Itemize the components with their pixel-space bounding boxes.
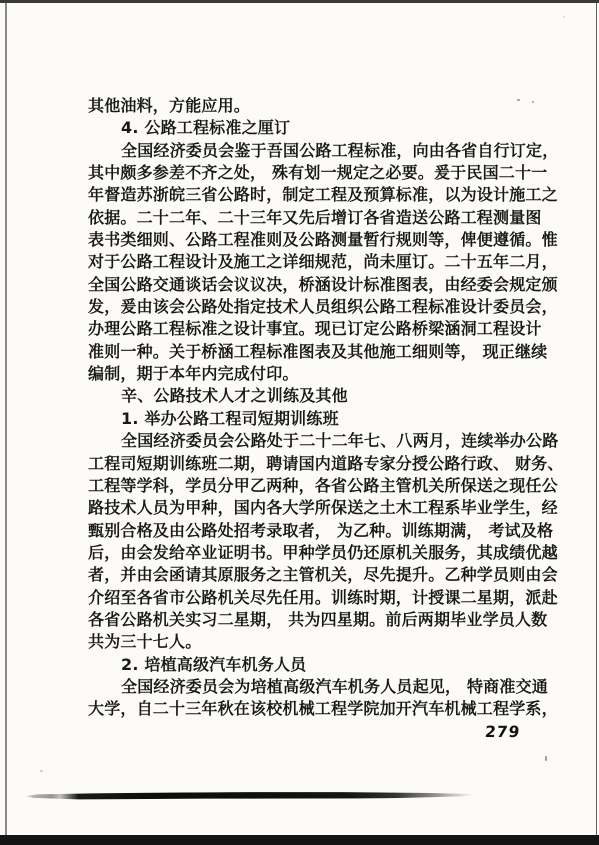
text-line: 全国经济委员会公路处于二十二年七、八两月，连续举办公路 — [88, 430, 548, 452]
text-line: 工程司短期训练班二期，聘请国内道路专家分授公路行政、 财务、 — [88, 453, 548, 475]
heading-line: 辛、公路技术人才之训练及其他 — [88, 385, 548, 407]
heading-line: 4. 公路工程标准之厘订 — [88, 117, 548, 139]
scan-border-top — [0, 0, 599, 3]
text-line: 介绍至各省市公路机关尽先任用。训练时期，计授课二星期，派赴 — [88, 587, 548, 609]
text-line: 大学，自二十三年秋在该校机械工程学院加开汽车机械工程学系， — [88, 698, 548, 720]
text-line: 甄别合格及由公路处招考录取者， 为乙种。训练期满， 考试及格 — [88, 520, 548, 542]
text-line: 全国经济委员会鉴于吾国公路工程标准，向由各省自行订定， — [88, 140, 548, 162]
page-number: 279 — [484, 723, 521, 741]
scan-speck — [532, 101, 534, 103]
text-line: 全国经济委员会为培植高级汽车机务人员起见， 特商准交通 — [88, 676, 548, 698]
text-line: 全国公路交通谈话会议议决，桥涵设计标准图表，由经委会规定颁 — [88, 274, 548, 296]
text-line: 其中颇多参差不齐之处， 殊有划一规定之必要。爰于民国二十一 — [88, 162, 548, 184]
text-line: 者，并由会函请其原服务之主管机关，尽先提升。乙种学员则由会 — [88, 564, 548, 586]
scan-border-bottom — [0, 835, 599, 845]
text-line: 共为三十七人。 — [88, 631, 548, 653]
text-line: 路技术人员为甲种，国内各大学所保送之土木工程系毕业学生，经 — [88, 497, 548, 519]
heading-line: 2. 培植高级汽车机务人员 — [88, 654, 548, 676]
scanned-book-page: 其他油料，方能应用。4. 公路工程标准之厘订全国经济委员会鉴于吾国公路工程标准，… — [0, 0, 599, 845]
text-line: 依据。二十二年、二十三年又先后增订各省造送公路工程测量图 — [88, 207, 548, 229]
text-line: 工程等学科，学员分甲乙两种，各省公路主管机关所保送之现任公 — [88, 475, 548, 497]
text-line: 其他油料，方能应用。 — [88, 95, 548, 117]
text-line: 准则一种。关于桥涵工程标准图表及其他施工细则等， 现正继续 — [88, 341, 548, 363]
text-block: 其他油料，方能应用。4. 公路工程标准之厘订全国经济委员会鉴于吾国公路工程标准，… — [88, 95, 548, 721]
scan-speck — [545, 756, 547, 761]
text-line: 年督造苏浙皖三省公路时，制定工程及预算标准，以为设计施工之 — [88, 184, 548, 206]
text-line: 编制，期于本年内完成付印。 — [88, 363, 548, 385]
text-line: 表书类细则、公路工程准则及公路测量暂行规则等，俾便遵循。惟 — [88, 229, 548, 251]
scan-speck — [563, 16, 565, 18]
text-line: 后，由会发给卒业证明书。甲种学员仍还原机关服务，其成绩优越 — [88, 542, 548, 564]
scan-speck — [517, 99, 520, 101]
ink-smear-line — [24, 791, 476, 800]
heading-line: 1. 举办公路工程司短期训练班 — [88, 408, 548, 430]
text-line: 办理公路工程标准之设计事宜。现已订定公路桥梁涵洞工程设计 — [88, 318, 548, 340]
text-line: 发，爰由该会公路处指定技术人员组织公路工程标准设计委员会， — [88, 296, 548, 318]
text-line: 各省公路机关实习二星期， 共为四星期。前后两期毕业学员人数 — [88, 609, 548, 631]
scan-speck — [40, 770, 43, 772]
text-line: 对于公路工程设计及施工之详细规范，尚未厘订。二十五年二月， — [88, 251, 548, 273]
scan-border-left — [5, 3, 7, 835]
scan-border-right — [596, 3, 598, 835]
